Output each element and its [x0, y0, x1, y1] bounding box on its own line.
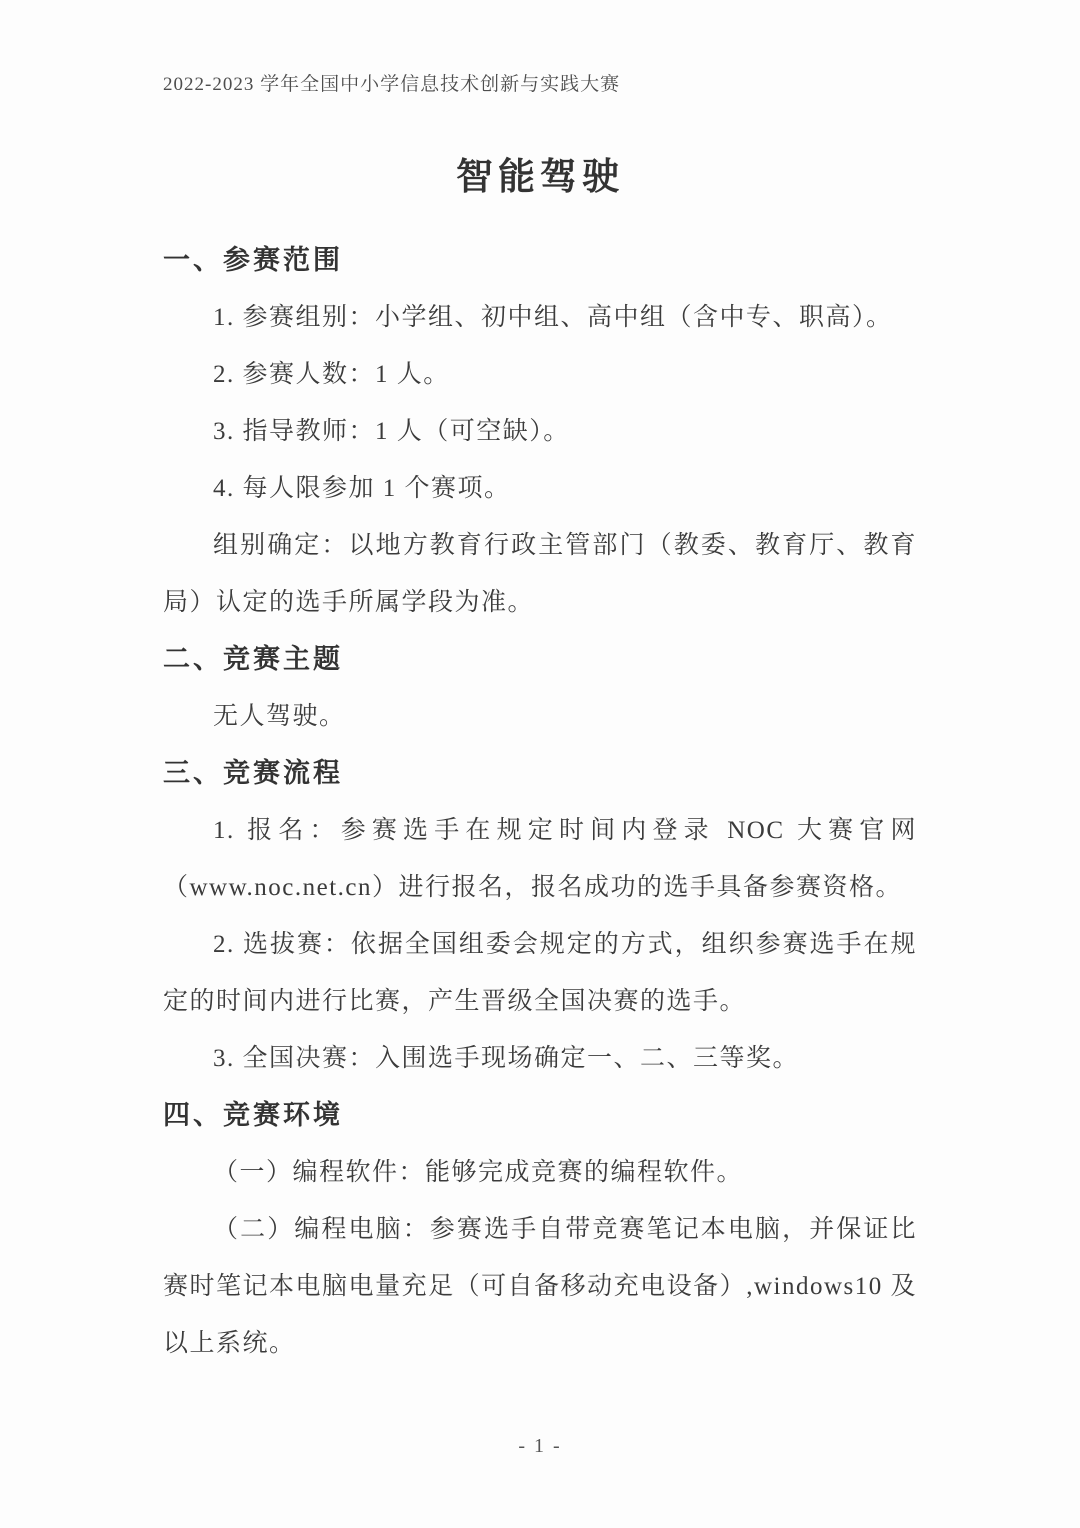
- paragraph: 2. 选拔赛：依据全国组委会规定的方式，组织参赛选手在规定的时间内进行比赛，产生…: [163, 916, 917, 1030]
- page-title: 智能驾驶: [163, 154, 917, 202]
- paragraph: 1. 参赛组别：小学组、初中组、高中组（含中专、职高）。: [163, 289, 917, 346]
- paragraph: 组别确定：以地方教育行政主管部门（教委、教育厅、教育局）认定的选手所属学段为准。: [163, 517, 917, 631]
- paragraph: 3. 指导教师：1 人（可空缺）。: [163, 403, 917, 460]
- section-heading-competition-environment: 四、竞赛环境: [163, 1087, 917, 1144]
- section-competition-theme: 二、竞赛主题 无人驾驶。: [163, 631, 917, 745]
- section-heading-participation-scope: 一、参赛范围: [163, 232, 917, 289]
- section-heading-competition-process: 三、竞赛流程: [163, 745, 917, 802]
- section-heading-competition-theme: 二、竞赛主题: [163, 631, 917, 688]
- paragraph: 4. 每人限参加 1 个赛项。: [163, 460, 917, 517]
- paragraph: （二）编程电脑：参赛选手自带竞赛笔记本电脑，并保证比赛时笔记本电脑电量充足（可自…: [163, 1201, 917, 1372]
- document-page: 2022-2023 学年全国中小学信息技术创新与实践大赛 智能驾驶 一、参赛范围…: [0, 0, 1080, 1528]
- document-header: 2022-2023 学年全国中小学信息技术创新与实践大赛: [163, 72, 917, 98]
- paragraph: （一）编程软件：能够完成竞赛的编程软件。: [163, 1144, 917, 1201]
- section-competition-process: 三、竞赛流程 1. 报名：参赛选手在规定时间内登录 NOC 大赛官网（www.n…: [163, 745, 917, 1087]
- paragraph: 3. 全国决赛：入围选手现场确定一、二、三等奖。: [163, 1030, 917, 1087]
- paragraph: 1. 报名：参赛选手在规定时间内登录 NOC 大赛官网（www.noc.net.…: [163, 802, 917, 916]
- paragraph: 2. 参赛人数：1 人。: [163, 346, 917, 403]
- section-participation-scope: 一、参赛范围 1. 参赛组别：小学组、初中组、高中组（含中专、职高）。 2. 参…: [163, 232, 917, 631]
- section-competition-environment: 四、竞赛环境 （一）编程软件：能够完成竞赛的编程软件。 （二）编程电脑：参赛选手…: [163, 1087, 917, 1372]
- page-number: - 1 -: [0, 1435, 1080, 1458]
- paragraph: 无人驾驶。: [163, 688, 917, 745]
